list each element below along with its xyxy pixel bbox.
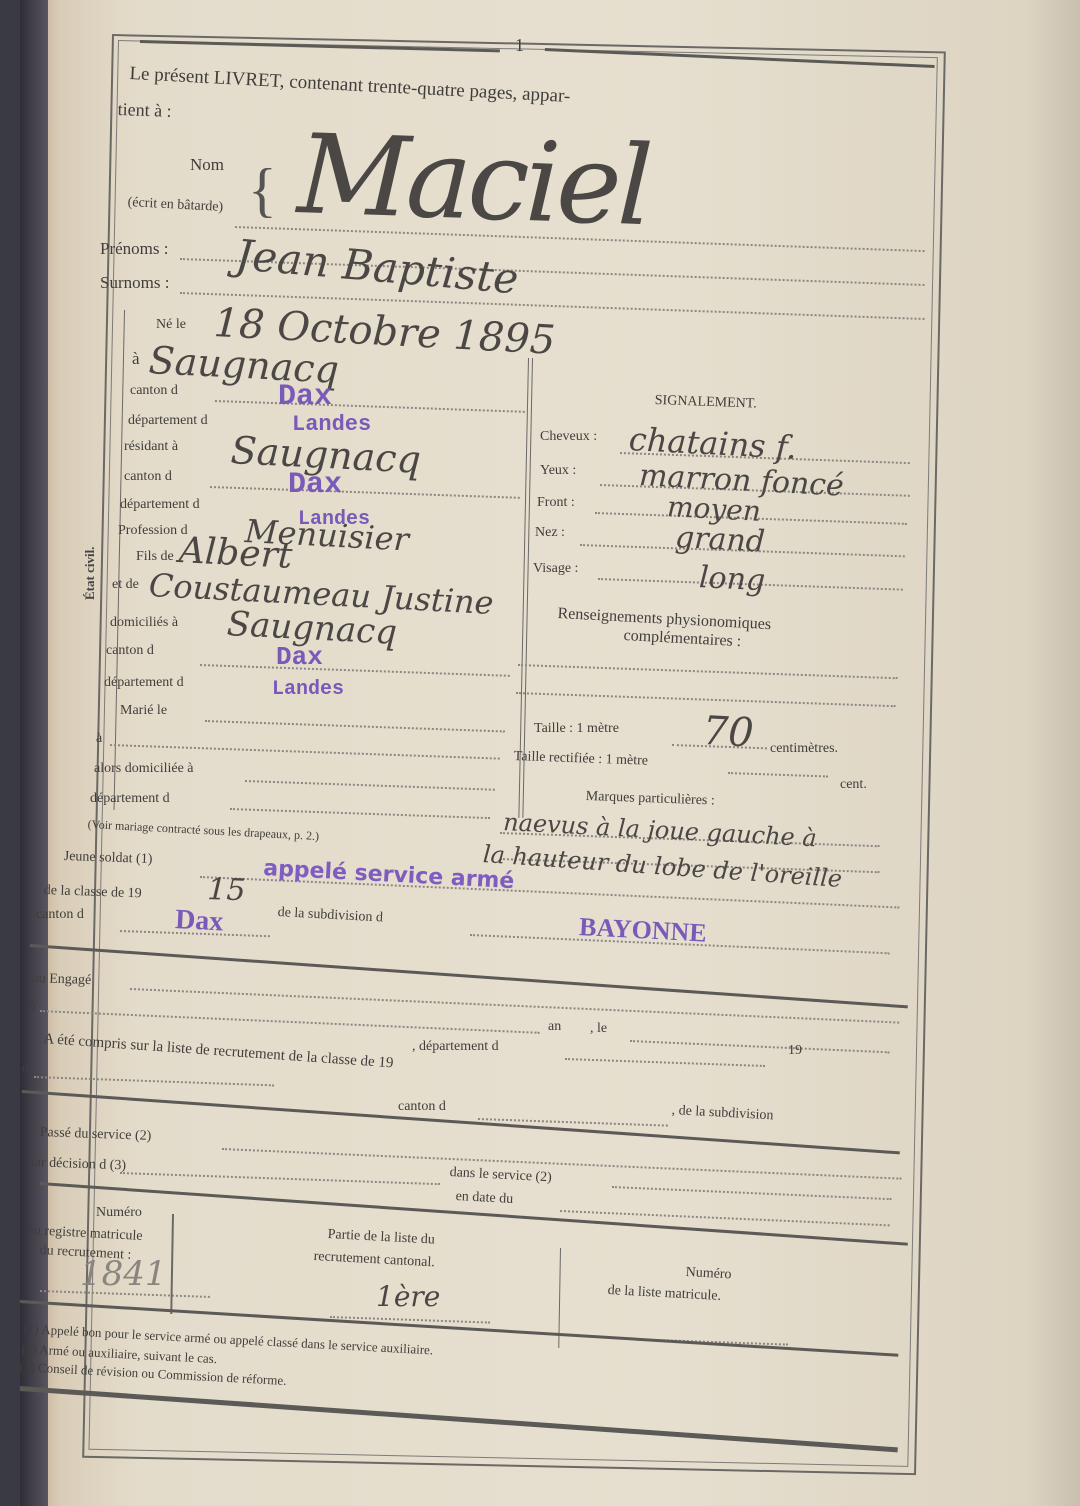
classe-value: 15: [207, 872, 246, 908]
visage-label: Visage :: [533, 562, 578, 576]
fils-label: Fils de: [136, 550, 174, 564]
year-prefix: 19: [788, 1044, 802, 1058]
header-line-2: tient à :: [117, 100, 172, 120]
nez-label: Nez :: [535, 526, 565, 540]
page-number: 1: [515, 36, 524, 54]
nom-value: Maciel: [296, 110, 652, 250]
prenoms-label: Prénoms :: [100, 240, 168, 257]
front-label: Front :: [537, 496, 575, 510]
surnoms-label: Surnoms :: [100, 274, 169, 291]
canton3-label: canton d: [106, 644, 154, 658]
taille-label: Taille : 1 mètre: [534, 722, 619, 736]
an-label: an: [548, 1020, 561, 1034]
canton2-stamp: Dax: [288, 468, 342, 502]
etat-civil-side-label: État civil.: [82, 547, 98, 600]
canton1-stamp: Dax: [278, 380, 332, 414]
col2-value: 1ère: [376, 1280, 440, 1313]
engage-a-label: à: [30, 1000, 36, 1014]
marie-label: Marié le: [120, 704, 167, 718]
alors-label: alors domiciliée à: [94, 762, 194, 776]
canton-stamp: Dax: [174, 904, 224, 938]
marie-a-label: à: [96, 732, 102, 746]
dept3-stamp: Landes: [272, 678, 344, 701]
dept3-label: département d: [104, 676, 184, 690]
brace: {: [248, 160, 277, 220]
taille-rect-unit: cent.: [840, 778, 867, 792]
dept2-label: département d: [120, 498, 200, 512]
col3-line-1: Numéro: [685, 1266, 732, 1282]
col1-value: 1841: [80, 1254, 167, 1294]
le-label: , le: [590, 1022, 607, 1036]
dept1-label: département d: [128, 414, 208, 428]
taille-value: 70: [702, 708, 755, 757]
canton1-label: canton d: [130, 384, 178, 398]
et-de-label: et de: [112, 578, 139, 592]
domicilies-label: domiciliés à: [110, 616, 178, 630]
en-date-label: en date du: [455, 1190, 513, 1207]
col1-line-1: Numéro: [96, 1206, 142, 1220]
taille-unit: centimètres.: [770, 742, 838, 756]
profession-label: Profession d: [118, 524, 188, 538]
nom-label: Nom: [190, 156, 224, 173]
yeux-label: Yeux :: [540, 464, 576, 478]
dept4-label: département d: [90, 792, 170, 806]
residant-label: résidant à: [124, 440, 178, 454]
visage-value: long: [698, 560, 766, 598]
ne-le-label: Né le: [156, 318, 186, 332]
canton-label: canton d: [36, 908, 84, 922]
canton2-label: canton d: [398, 1100, 446, 1114]
canton3-stamp: Dax: [276, 642, 323, 672]
cheveux-label: Cheveux :: [540, 430, 597, 444]
nez-value: grand: [674, 520, 766, 560]
engage-label: ou Engagé: [32, 972, 92, 988]
departement-label: , département d: [412, 1040, 499, 1054]
page-binding-edge: [20, 0, 48, 1506]
d-label: d: [22, 1062, 29, 1076]
canton2-label: canton d: [124, 470, 172, 484]
a-label: à: [132, 350, 140, 367]
